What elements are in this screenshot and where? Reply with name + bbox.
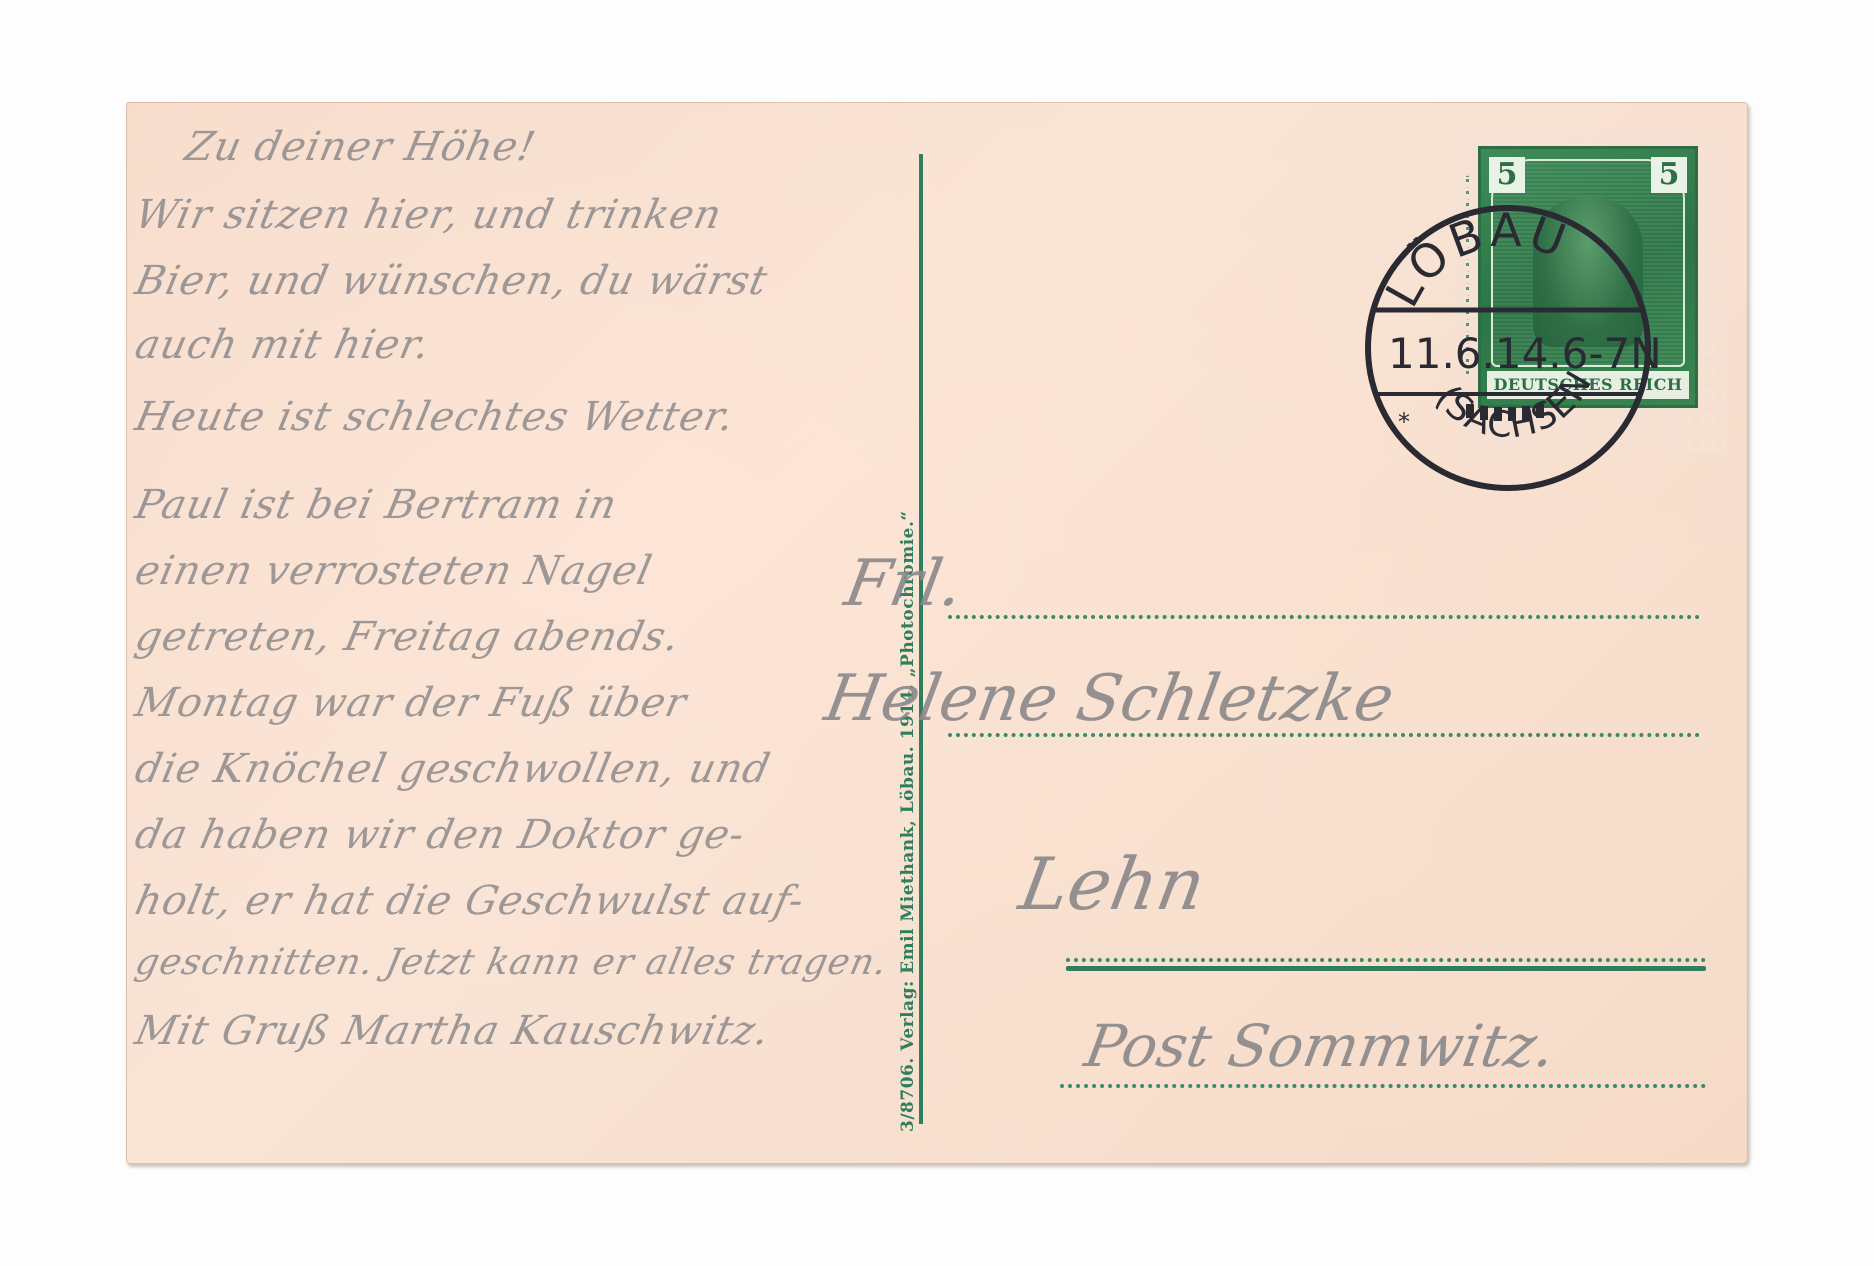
address-salutation: Frl. — [839, 547, 968, 621]
germania-figure-icon — [1533, 197, 1643, 347]
address-line-1 — [948, 615, 1700, 619]
message-line: getreten, Freitag abends. — [131, 614, 684, 660]
stamp-value-right: 5 — [1651, 157, 1687, 193]
message-line: Heute ist schlechtes Wetter. — [131, 394, 739, 440]
message-line: holt, er hat die Geschwulst auf- — [131, 878, 809, 924]
message-line: Montag war der Fuß über — [131, 680, 691, 726]
address-place: Lehn — [1014, 842, 1212, 926]
address-line-4 — [1060, 1084, 1706, 1088]
message-line: da haben wir den Doktor ge- — [131, 812, 749, 858]
address-line-3-dotted — [1066, 958, 1706, 962]
postcard-back: Zu deiner Höhe! Wir sitzen hier, und tri… — [126, 102, 1748, 1164]
postage-stamp: 5 5 DEUTSCHES REICH — [1478, 146, 1698, 408]
message-line: auch mit hier. — [131, 322, 434, 368]
address-line-3-solid — [1066, 966, 1706, 971]
message-line: Zu deiner Höhe! — [181, 124, 540, 170]
message-line: einen verrosteten Nagel — [131, 548, 656, 594]
postmark-star: * — [1398, 408, 1410, 436]
message-line: Bier, und wünschen, du wärst — [131, 258, 772, 304]
message-line: Wir sitzen hier, und trinken — [131, 192, 726, 238]
stamp-value-left: 5 — [1489, 157, 1525, 193]
message-line: Mit Gruß Martha Kauschwitz. — [131, 1008, 774, 1054]
center-divider — [919, 154, 923, 1124]
message-line: Paul ist bei Bertram in — [131, 482, 621, 528]
message-line: geschnitten. Jetzt kann er alles tragen. — [132, 942, 892, 983]
stamp-country: DEUTSCHES REICH — [1487, 371, 1689, 399]
message-line: die Knöchel geschwollen, und — [131, 746, 775, 792]
address-post: Post Sommwitz. — [1080, 1012, 1560, 1080]
address-name: Helene Schletzke — [819, 662, 1399, 736]
address-line-2 — [948, 733, 1700, 737]
